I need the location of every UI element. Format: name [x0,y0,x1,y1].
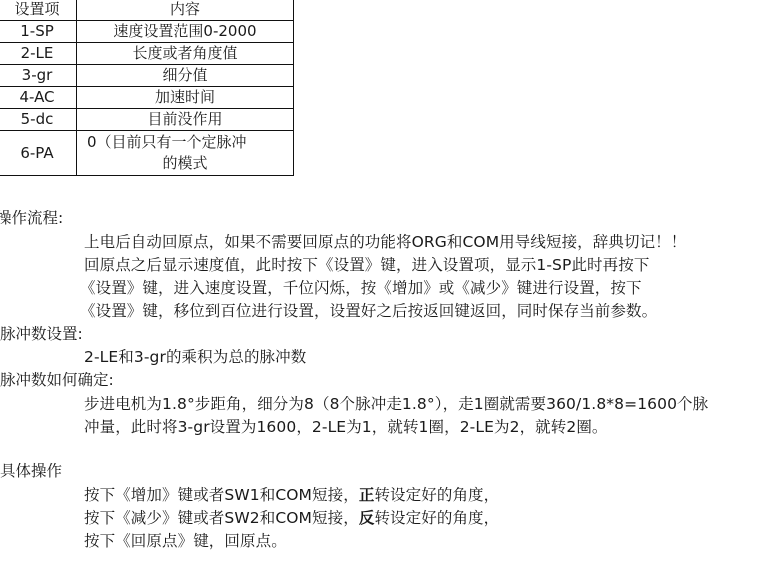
table-row: 4-AC 加速时间 [0,87,294,109]
paragraph-line: 冲量，此时将3-gr设置为1600，2-LE为1，就转1圈，2-LE为2，就转2… [84,416,608,438]
header-content: 内容 [77,0,294,21]
line-text: 按下《减少》键或者SW2和COM短接， [84,509,359,527]
table-header-row: 设置项 内容 [0,0,294,21]
cell-content: 细分值 [77,65,294,87]
settings-table: 设置项 内容 1-SP 速度设置范围0-2000 2-LE 长度或者角度值 3-… [0,0,294,176]
cell-content: 0（目前只有一个定脉冲 的模式 [77,131,294,176]
section-title-pulse-setting: 脉冲数设置: [0,323,83,345]
line-text: 转设定好的角度， [374,486,499,504]
paragraph-line: 《设置》键，进入速度设置，千位闪烁，按《增加》或《减少》键进行设置，按下 [80,277,642,299]
paragraph-line: 按下《减少》键或者SW2和COM短接，反转设定好的角度， [84,507,499,529]
cell-item: 5-dc [0,109,77,131]
emphasis-text: 正 [359,486,375,504]
cell-content-line: 0（目前只有一个定脉冲 [81,132,289,153]
emphasis-text: 反 [359,509,375,527]
section-title-operation-flow: 操作流程: [0,207,63,229]
paragraph-line: 2-LE和3-gr的乘积为总的脉冲数 [84,346,306,368]
section-title-specific-ops: 具体操作 [0,460,62,482]
paragraph-line: 《设置》键，移位到百位进行设置，设置好之后按返回键返回，同时保存当前参数。 [80,300,657,322]
line-text: 转设定好的角度， [374,509,499,527]
header-item: 设置项 [0,0,77,21]
cell-content-line: 的模式 [81,153,289,174]
paragraph-line: 上电后自动回原点，如果不需要回原点的功能将ORG和COM用导线短接，辞典切记！！ [84,231,686,253]
cell-item: 1-SP [0,21,77,43]
cell-content: 加速时间 [77,87,294,109]
cell-item: 3-gr [0,65,77,87]
paragraph-line: 按下《回原点》键，回原点。 [84,530,287,552]
line-text: 按下《回原点》键，回原点。 [84,532,287,550]
paragraph-line: 回原点之后显示速度值，此时按下《设置》键，进入设置项，显示1-SP此时再按下 [84,254,649,276]
cell-content: 目前没作用 [77,109,294,131]
cell-content: 长度或者角度值 [77,43,294,65]
cell-item: 4-AC [0,87,77,109]
line-text: 按下《增加》键或者SW1和COM短接， [84,486,359,504]
table-row: 1-SP 速度设置范围0-2000 [0,21,294,43]
section-title-pulse-determine: 脉冲数如何确定: [0,369,114,391]
cell-item: 2-LE [0,43,77,65]
table-row: 5-dc 目前没作用 [0,109,294,131]
cell-content: 速度设置范围0-2000 [77,21,294,43]
paragraph-line: 步进电机为1.8°步距角，细分为8（8个脉冲走1.8°），走1圈就需要360/1… [84,393,708,415]
table-row: 3-gr 细分值 [0,65,294,87]
table-row: 6-PA 0（目前只有一个定脉冲 的模式 [0,131,294,176]
table-row: 2-LE 长度或者角度值 [0,43,294,65]
cell-item: 6-PA [0,131,77,176]
paragraph-line: 按下《增加》键或者SW1和COM短接，正转设定好的角度， [84,484,499,506]
